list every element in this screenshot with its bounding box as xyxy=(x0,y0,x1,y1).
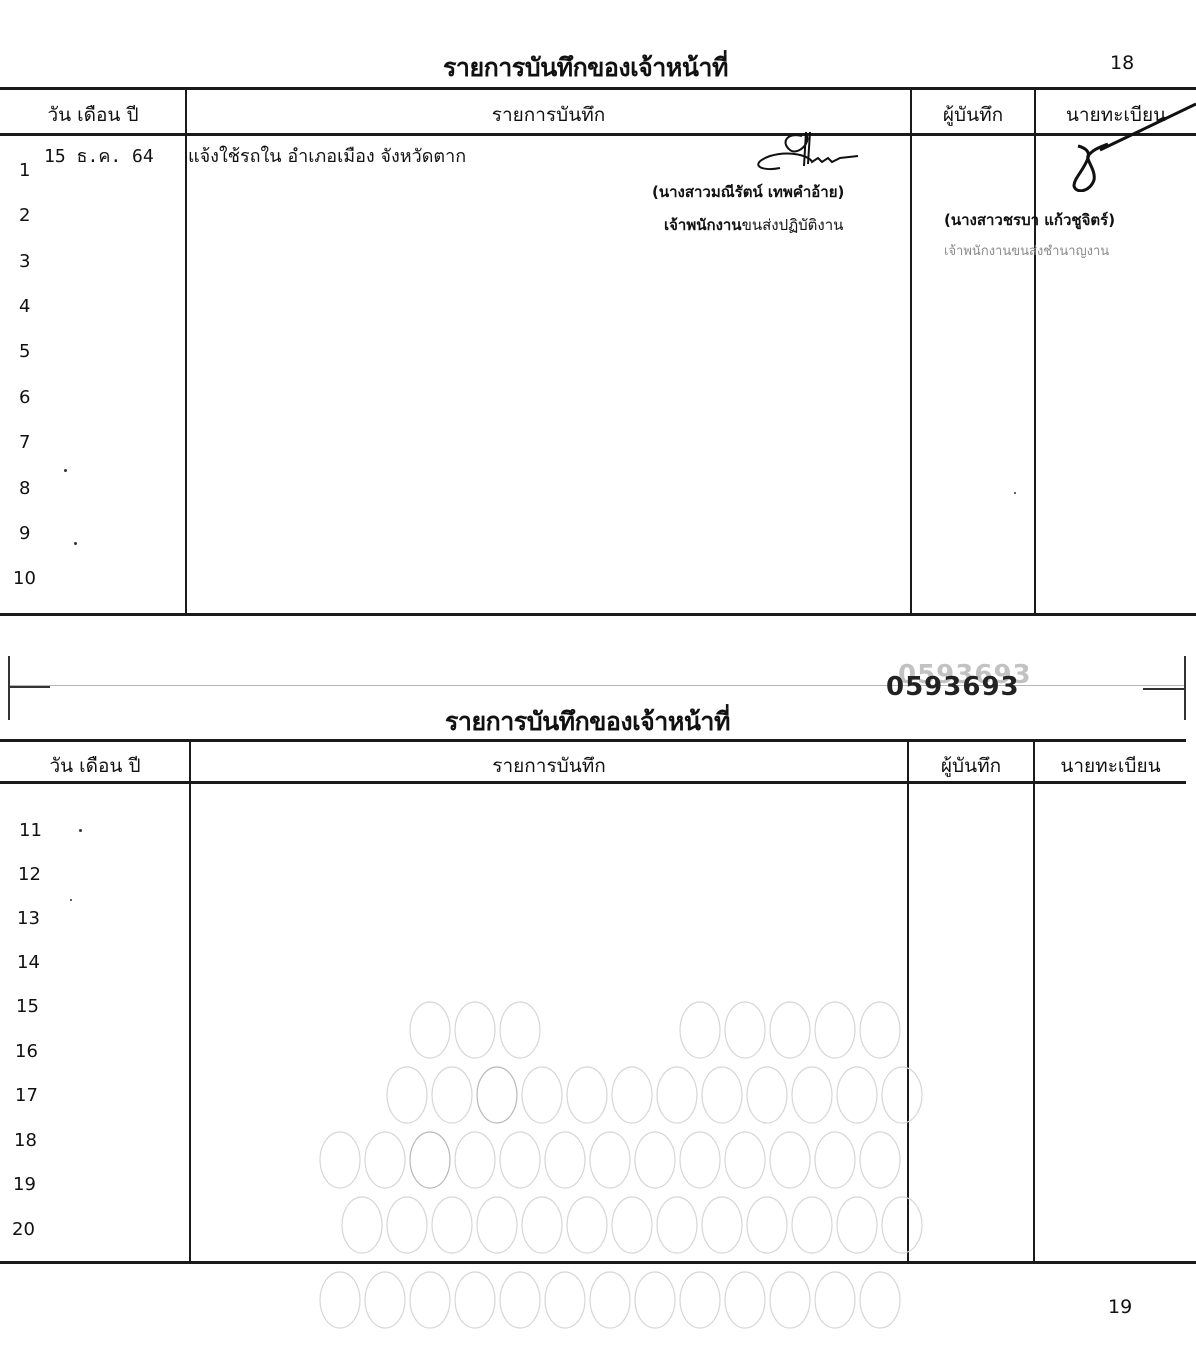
header-date: วัน เดือน ปี xyxy=(0,100,186,130)
header-record: รายการบันทึก xyxy=(187,100,910,130)
page-number: 19 xyxy=(1108,1296,1132,1318)
speck xyxy=(1014,492,1016,494)
page-title: รายการบันทึกของเจ้าหน้าที่ xyxy=(443,48,728,88)
table-bottom-rule xyxy=(0,1261,1196,1264)
table-bottom-rule xyxy=(0,613,1196,616)
header-bottom-rule xyxy=(0,133,1196,136)
signature-icon xyxy=(740,128,870,178)
speck xyxy=(79,829,82,832)
registrar-name: (นางสาวชรบา แก้วชูจิตร์) xyxy=(944,208,1115,232)
header-bottom-rule xyxy=(0,781,1186,784)
row-number: 3 xyxy=(19,251,30,272)
fold-left-tick xyxy=(10,686,50,688)
column-divider xyxy=(1033,740,1035,1262)
serial-number: 0593693 xyxy=(886,672,1020,702)
row-number: 19 xyxy=(13,1174,36,1195)
registrar-signature-icon xyxy=(1060,100,1196,192)
column-divider xyxy=(910,88,912,615)
row-number: 1 xyxy=(19,160,30,181)
fold-left-mark xyxy=(8,656,10,720)
row-number: 7 xyxy=(19,432,30,453)
row-number: 8 xyxy=(19,478,30,499)
speck xyxy=(74,542,77,545)
row-number: 18 xyxy=(14,1130,37,1151)
registrar-title: เจ้าพนักงานขนส่งชำนาญงาน xyxy=(944,240,1109,261)
row-number: 5 xyxy=(19,341,30,362)
officer-title-bold: เจ้าพนักงาน xyxy=(664,216,742,234)
officer-title: เจ้าพนักงานขนส่งปฏิบัติงาน xyxy=(664,213,843,237)
security-watermark xyxy=(300,1000,1196,1369)
header-date: วัน เดือน ปี xyxy=(0,751,190,781)
row-number: 2 xyxy=(19,205,30,226)
column-divider xyxy=(189,740,191,1262)
row-number: 11 xyxy=(19,820,42,841)
officer-title-rest: ขนส่งปฏิบัติงาน xyxy=(742,216,844,234)
page-number: 18 xyxy=(1110,52,1134,74)
fold-right-tick xyxy=(1143,688,1185,690)
table-top-rule xyxy=(0,739,1186,742)
officer-name: (นางสาวมณีรัตน์ เทพคำอ้าย) xyxy=(652,180,844,204)
column-divider xyxy=(1034,88,1036,615)
row-number: 17 xyxy=(15,1085,38,1106)
entry-date: 15 ธ.ค. 64 xyxy=(44,141,154,170)
row-number: 16 xyxy=(15,1041,38,1062)
row-number: 13 xyxy=(17,908,40,929)
row-number: 20 xyxy=(12,1219,35,1240)
row-number: 15 xyxy=(16,996,39,1017)
row-number: 12 xyxy=(18,864,41,885)
header-recorder: ผู้บันทึก xyxy=(909,751,1033,781)
header-record: รายการบันทึก xyxy=(191,751,907,781)
fold-right-mark xyxy=(1184,656,1186,720)
page-title: รายการบันทึกของเจ้าหน้าที่ xyxy=(445,702,730,742)
speck xyxy=(64,469,67,472)
entry-text: แจ้งใช้รถใน อำเภอเมือง จังหวัดตาก xyxy=(188,141,466,170)
speck xyxy=(70,899,72,901)
row-number: 10 xyxy=(13,568,36,589)
row-number: 14 xyxy=(17,952,40,973)
row-number: 6 xyxy=(19,387,30,408)
header-registrar: นายทะเบียน xyxy=(1035,751,1186,781)
row-number: 9 xyxy=(19,523,30,544)
header-recorder: ผู้บันทึก xyxy=(912,100,1034,130)
column-divider xyxy=(185,88,187,615)
column-divider xyxy=(907,740,909,1262)
table-top-rule xyxy=(0,87,1196,90)
row-number: 4 xyxy=(19,296,30,317)
